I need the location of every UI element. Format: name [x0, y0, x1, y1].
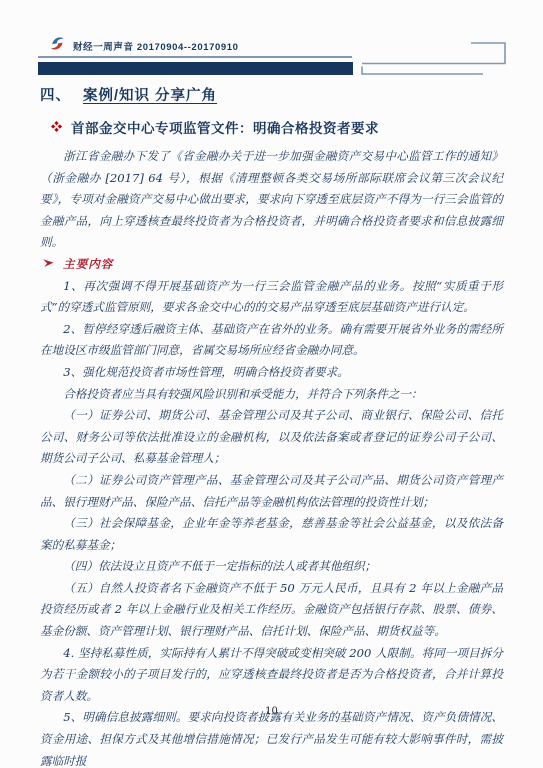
- body-paragraph: （二）证券公司资产管理产品、基金管理公司及其子公司产品、期货公司资产管理产品、银…: [40, 470, 503, 513]
- body-paragraph: 合格投资者应当具有较强风险识别和承受能力，并符合下列条件之一：: [40, 384, 503, 406]
- body-paragraph: （五）自然人投资者名下金融资产不低于 50 万元人民币，且具有 2 年以上金融产…: [40, 578, 503, 643]
- document-page: 财经一周声音 20170904--20170910 四、案例/知识 分享广角 首…: [0, 0, 543, 768]
- header-rule: [38, 56, 352, 58]
- page-number: 10: [265, 706, 278, 717]
- subheading-label: 主要内容: [63, 254, 113, 276]
- body-paragraph: （一）证券公司、期货公司、基金管理公司及其子公司、商业银行、保险公司、信托公司、…: [40, 405, 503, 470]
- article-title: 首部金交中心专项监管文件：明确合格投资者要求: [71, 117, 379, 137]
- body-paragraph: （四）依法设立且资产不低于一定指标的法人或者其他组织；: [40, 556, 503, 578]
- body-paragraph: 4. 坚持私募性质，实际持有人累计不得突破或变相突破 200 人限制。将同一项目…: [40, 643, 503, 708]
- section-title: 案例/知识 分享广角: [83, 88, 217, 104]
- arrow-right-icon: [43, 254, 54, 276]
- section-heading: 四、案例/知识 分享广角: [40, 84, 503, 105]
- body-paragraph: 1、再次强调不得开展基础资产为一行三会监管金融产品的业务。按照“实质重于形式”的…: [40, 276, 503, 319]
- diamond-icon: [51, 120, 62, 135]
- section-number: 四、: [40, 88, 71, 104]
- body-paragraph: 2、暂停经穿透后融资主体、基础资产在省外的业务。确有需要开展省外业务的需经所在地…: [40, 319, 503, 362]
- article-title-row: 首部金交中心专项监管文件：明确合格投资者要求: [51, 117, 503, 137]
- page-footer: 10: [0, 706, 543, 717]
- document-body: 四、案例/知识 分享广角 首部金交中心专项监管文件：明确合格投资者要求 浙江省金…: [40, 84, 503, 768]
- header-title: 财经一周声音 20170904--20170910: [73, 39, 239, 53]
- header-navy-bar: [38, 62, 353, 75]
- s-swoosh-logo-icon: [49, 35, 66, 56]
- article-intro: 浙江省金融办下发了《省金融办关于进一步加强金融资产交易中心监管工作的通知》（浙金…: [40, 146, 503, 254]
- subheading-row: 主要内容: [40, 254, 503, 276]
- body-paragraph: 3、强化规范投资者市场性管理，明确合格投资者要求。: [40, 362, 503, 384]
- body-paragraph: （三）社会保障基金，企业年金等养老基金，慈善基金等社会公益基金，以及依法备案的私…: [40, 513, 503, 556]
- brand-row: 财经一周声音 20170904--20170910: [49, 35, 239, 56]
